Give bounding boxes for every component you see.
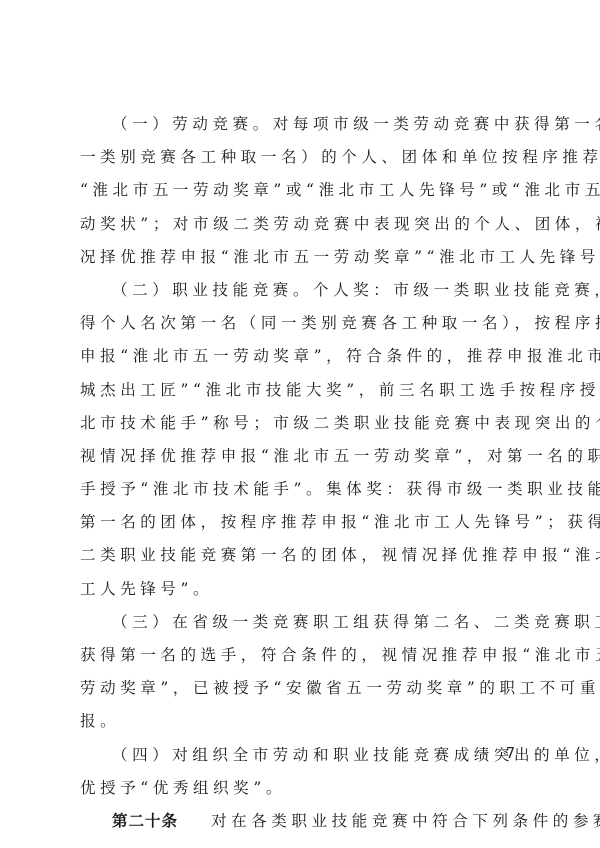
document-body: （一）劳动竞赛。对每项市级一类劳动竞赛中获得第一名（同 一类别竞赛各工种取一名）… xyxy=(80,108,525,838)
text-line: 手授予“淮北市技术能手”。集体奖：获得市级一类职业技能竞赛 xyxy=(80,473,525,506)
text-line: （三）在省级一类竞赛职工组获得第二名、二类竞赛职工组 xyxy=(80,606,525,639)
text-line: 优授予“优秀组织奖”。 xyxy=(80,772,525,805)
text-line: （二）职业技能竞赛。个人奖：市级一类职业技能竞赛，取 xyxy=(80,274,525,307)
text-line: 第一名的团体，按程序推荐申报“淮北市工人先锋号”；获得市级 xyxy=(80,506,525,539)
text-line: 城杰出工匠”“淮北市技能大奖”，前三名职工选手按程序授予“淮 xyxy=(80,374,525,407)
paragraph-item-4: （四）对组织全市劳动和职业技能竞赛成绩突出的单位，择 优授予“优秀组织奖”。 xyxy=(80,739,525,805)
article-20: 第二十条 对在各类职业技能竞赛中符合下列条件的参赛 xyxy=(80,805,525,838)
text-line: 工人先锋号”。 xyxy=(80,573,525,606)
text-line: 北市技术能手”称号；市级二类职业技能竞赛中表现突出的个人， xyxy=(80,407,525,440)
page-number: - 7 - xyxy=(480,744,545,762)
paragraph-item-3: （三）在省级一类竞赛职工组获得第二名、二类竞赛职工组 获得第一名的选手，符合条件… xyxy=(80,606,525,739)
article-text: 对在各类职业技能竞赛中符合下列条件的参赛 xyxy=(211,812,600,830)
text-line: “淮北市五一劳动奖章”或“淮北市工人先锋号”或“淮北市五一劳 xyxy=(80,174,525,207)
text-line: 得个人名次第一名（同一类别竞赛各工种取一名），按程序推荐 xyxy=(80,307,525,340)
text-line: 一类别竞赛各工种取一名）的个人、团体和单位按程序推荐申报 xyxy=(80,141,525,174)
text-line: 动奖状”；对市级二类劳动竞赛中表现突出的个人、团体，视情 xyxy=(80,208,525,241)
text-line: （四）对组织全市劳动和职业技能竞赛成绩突出的单位，择 xyxy=(80,739,525,772)
text-line: 获得第一名的选手，符合条件的，视情况推荐申报“淮北市五一 xyxy=(80,639,525,672)
text-line: 申报“淮北市五一劳动奖章”，符合条件的，推荐申报淮北市“相 xyxy=(80,340,525,373)
text-line: 报。 xyxy=(80,705,525,738)
paragraph-item-1: （一）劳动竞赛。对每项市级一类劳动竞赛中获得第一名（同 一类别竞赛各工种取一名）… xyxy=(80,108,525,274)
paragraph-item-2: （二）职业技能竞赛。个人奖：市级一类职业技能竞赛，取 得个人名次第一名（同一类别… xyxy=(80,274,525,606)
text-line: 况择优推荐申报“淮北市五一劳动奖章”“淮北市工人先锋号”。 xyxy=(80,241,525,274)
text-line: 劳动奖章”，已被授予“安徽省五一劳动奖章”的职工不可重复申 xyxy=(80,672,525,705)
text-line: 视情况择优推荐申报“淮北市五一劳动奖章”，对第一名的职工选 xyxy=(80,440,525,473)
text-line: （一）劳动竞赛。对每项市级一类劳动竞赛中获得第一名（同 xyxy=(80,108,525,141)
document-page: （一）劳动竞赛。对每项市级一类劳动竞赛中获得第一名（同 一类别竞赛各工种取一名）… xyxy=(0,0,600,848)
text-line: 二类职业技能竞赛第一名的团体，视情况择优推荐申报“淮北市 xyxy=(80,539,525,572)
article-heading: 第二十条 xyxy=(112,812,178,830)
